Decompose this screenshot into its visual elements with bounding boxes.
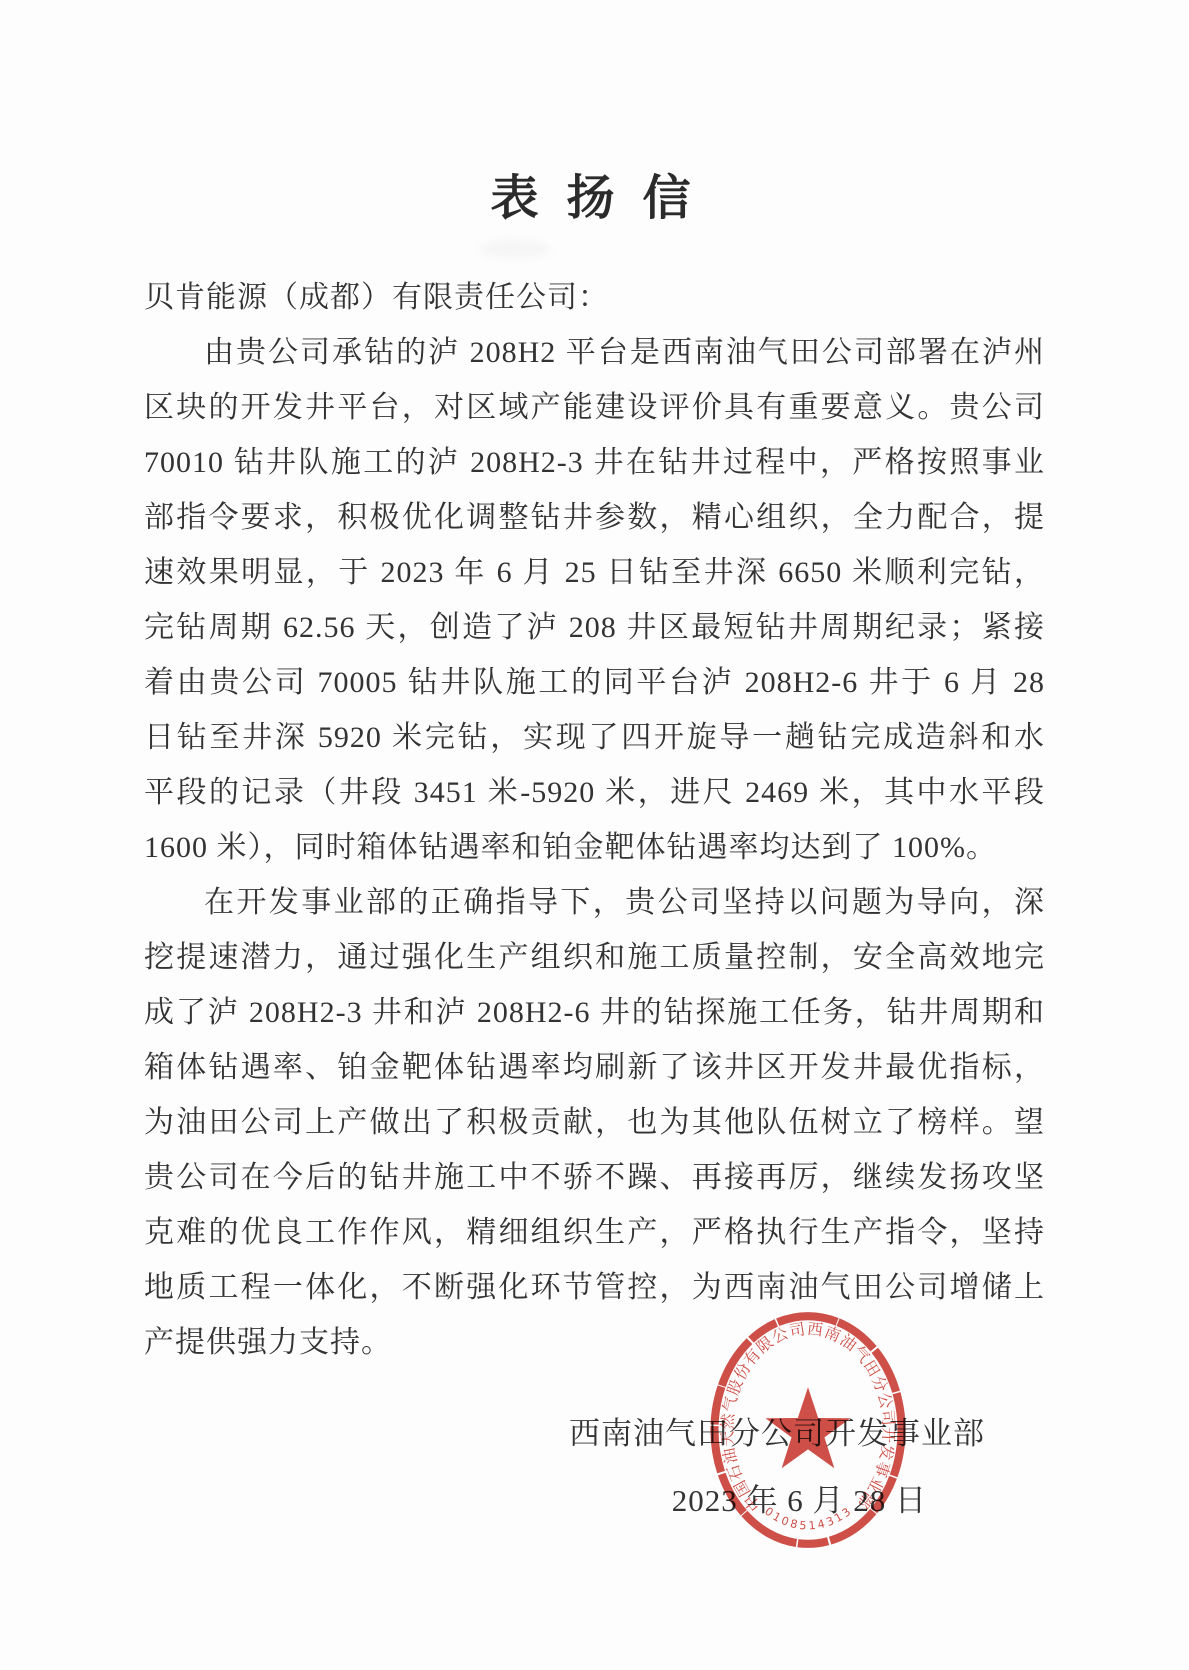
signature-date: 2023 年 6 月 28 日 <box>569 1479 927 1523</box>
body-line: 地质工程一体化，不断强化环节管控，为西南油气田公司增储上 <box>144 1260 1045 1315</box>
body-line: 70010 钻井队施工的泸 208H2-3 井在钻井过程中，严格按照事业 <box>144 435 1045 490</box>
body-line: 在开发事业部的正确指导下，贵公司坚持以问题为导向，深 <box>144 875 1045 930</box>
body-line: 平段的记录（井段 3451 米-5920 米，进尺 2469 米，其中水平段 <box>144 765 1045 820</box>
body-line: 成了泸 208H2-3 井和泸 208H2-6 井的钻探施工任务，钻井周期和 <box>144 985 1045 1040</box>
signature-org: 西南油气田分公司开发事业部 <box>569 1412 985 1456</box>
body-line: 完钻周期 62.56 天，创造了泸 208 井区最短钻井周期纪录；紧接 <box>144 600 1045 655</box>
body-line: 挖提速潜力，通过强化生产组织和施工质量控制，安全高效地完 <box>144 930 1045 985</box>
salutation: 贝肯能源（成都）有限责任公司： <box>144 270 1045 325</box>
body-line: 贵公司在今后的钻井施工中不骄不躁、再接再厉，继续发扬攻坚 <box>144 1150 1045 1205</box>
scan-smudge <box>480 240 550 258</box>
body-line: 克难的优良工作作风，精细组织生产，严格执行生产指令，坚持 <box>144 1205 1045 1260</box>
body-line: 由贵公司承钻的泸 208H2 平台是西南油气田公司部署在泸州 <box>144 325 1045 380</box>
body-line: 为油田公司上产做出了积极贡献，也为其他队伍树立了榜样。望 <box>144 1095 1045 1150</box>
body-line: 1600 米），同时箱体钻遇率和铂金靶体钻遇率均达到了 100%。 <box>144 820 1045 875</box>
body-line: 着由贵公司 70005 钻井队施工的同平台泸 208H2-6 井于 6 月 28 <box>144 655 1045 710</box>
paragraphs: 由贵公司承钻的泸 208H2 平台是西南油气田公司部署在泸州区块的开发井平台，对… <box>144 325 1045 1370</box>
body-line: 箱体钻遇率、铂金靶体钻遇率均刷新了该井区开发井最优指标， <box>144 1040 1045 1095</box>
signature-block: 西南油气田分公司开发事业部 2023 年 6 月 28 日 <box>569 1412 985 1523</box>
commendation-letter-page: 表 扬 信 贝肯能源（成都）有限责任公司： 由贵公司承钻的泸 208H2 平台是… <box>0 0 1189 1670</box>
page-title: 表 扬 信 <box>0 172 1189 226</box>
body-line: 日钻至井深 5920 米完钻，实现了四开旋导一趟钻完成造斜和水 <box>144 710 1045 765</box>
body-line: 产提供强力支持。 <box>144 1315 1045 1370</box>
letter-body: 贝肯能源（成都）有限责任公司： 由贵公司承钻的泸 208H2 平台是西南油气田公… <box>144 270 1045 1370</box>
body-line: 部指令要求，积极优化调整钻井参数，精心组织，全力配合，提 <box>144 490 1045 545</box>
body-line: 速效果明显，于 2023 年 6 月 25 日钻至井深 6650 米顺利完钻， <box>144 545 1045 600</box>
body-line: 区块的开发井平台，对区域产能建设评价具有重要意义。贵公司 <box>144 380 1045 435</box>
